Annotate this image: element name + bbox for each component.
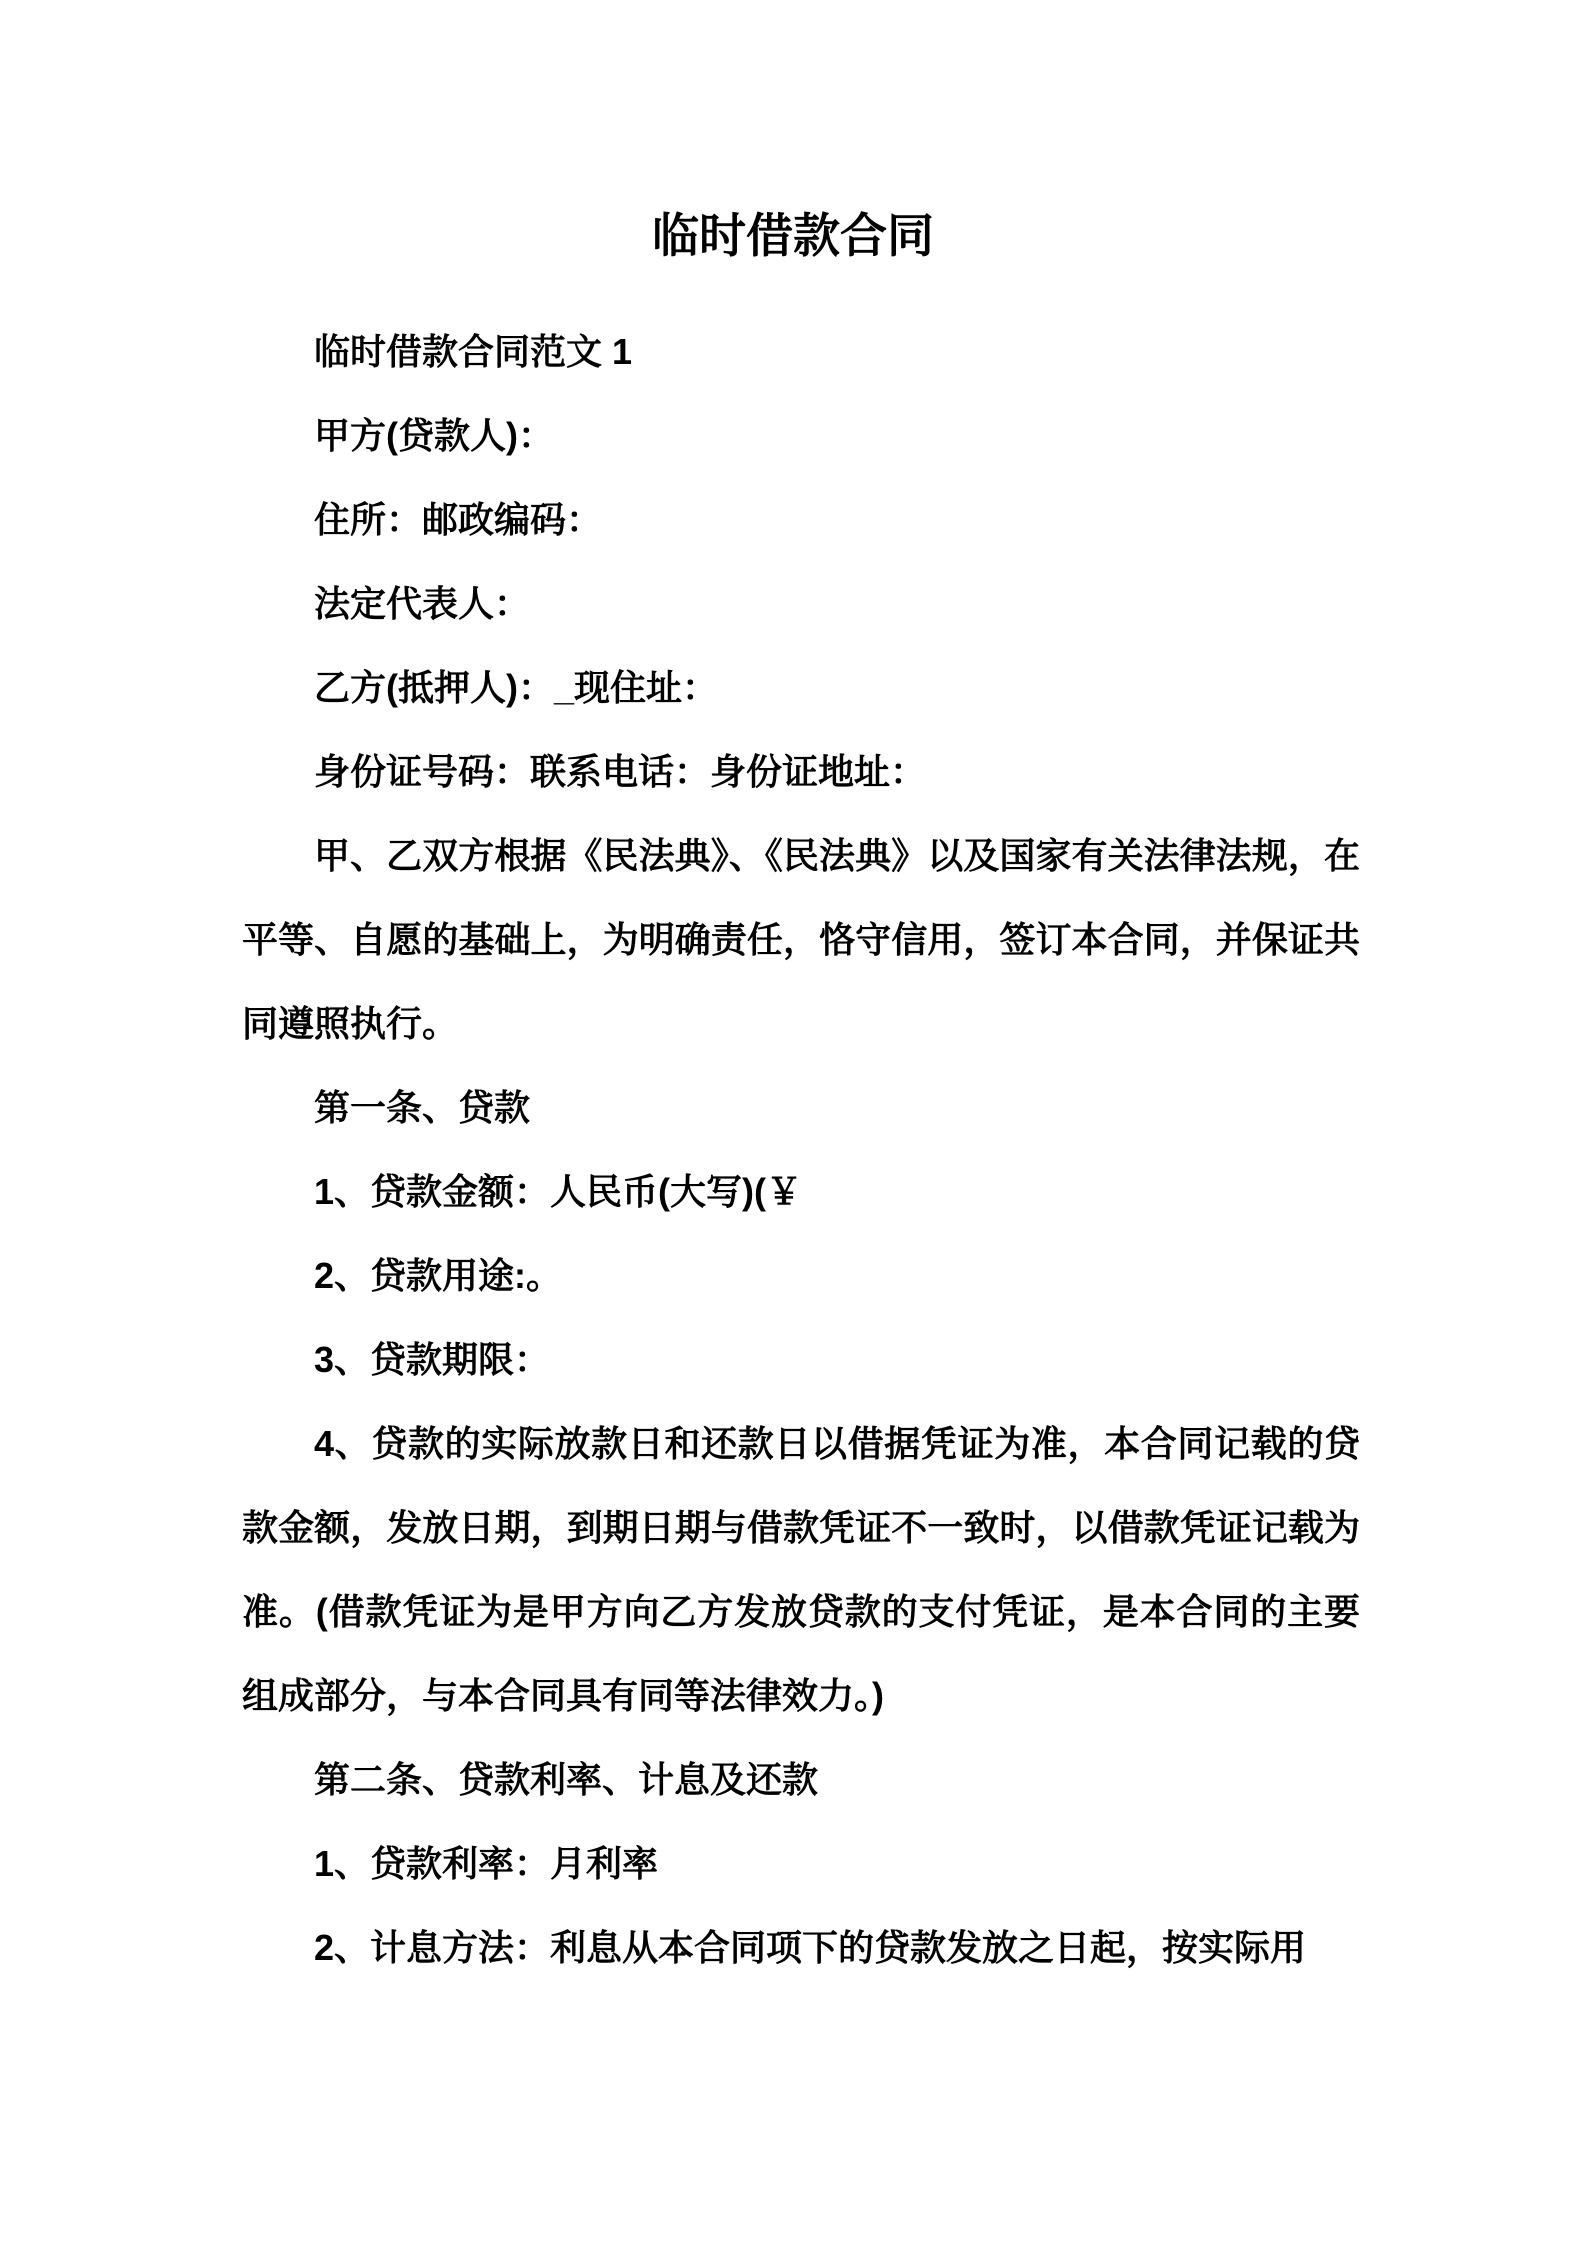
paragraph-loan-amount: 1、贷款金额：人民币(大写)(￥	[242, 1150, 1360, 1234]
paragraph-article-1: 第一条、贷款	[242, 1066, 1360, 1150]
paragraph-interest-rate: 1、贷款利率：月利率	[242, 1822, 1360, 1906]
paragraph-intro-label: 临时借款合同范文 1	[242, 310, 1360, 394]
document-body: 临时借款合同范文 1 甲方(贷款人)： 住所：邮政编码： 法定代表人： 乙方(抵…	[0, 310, 1586, 1990]
document-title: 临时借款合同	[0, 0, 1586, 259]
paragraph-preamble: 甲、乙双方根据《民法典》、《民法典》以及国家有关法律法规，在平等、自愿的基础上，…	[242, 814, 1360, 1066]
paragraph-loan-term: 3、贷款期限：	[242, 1318, 1360, 1402]
paragraph-party-b: 乙方(抵押人)：_现住址：	[242, 646, 1360, 730]
paragraph-address: 住所：邮政编码：	[242, 478, 1360, 562]
document-page: 临时借款合同 临时借款合同范文 1 甲方(贷款人)： 住所：邮政编码： 法定代表…	[0, 0, 1586, 2244]
paragraph-loan-purpose: 2、贷款用途:。	[242, 1234, 1360, 1318]
paragraph-legal-rep: 法定代表人：	[242, 562, 1360, 646]
paragraph-article-2: 第二条、贷款利率、计息及还款	[242, 1738, 1360, 1822]
paragraph-id-info: 身份证号码：联系电话：身份证地址：	[242, 730, 1360, 814]
paragraph-party-a: 甲方(贷款人)：	[242, 394, 1360, 478]
paragraph-loan-voucher: 4、贷款的实际放款日和还款日以借据凭证为准，本合同记载的贷款金额，发放日期，到期…	[242, 1402, 1360, 1738]
paragraph-interest-method: 2、计息方法：利息从本合同项下的贷款发放之日起，按实际用	[242, 1906, 1360, 1990]
